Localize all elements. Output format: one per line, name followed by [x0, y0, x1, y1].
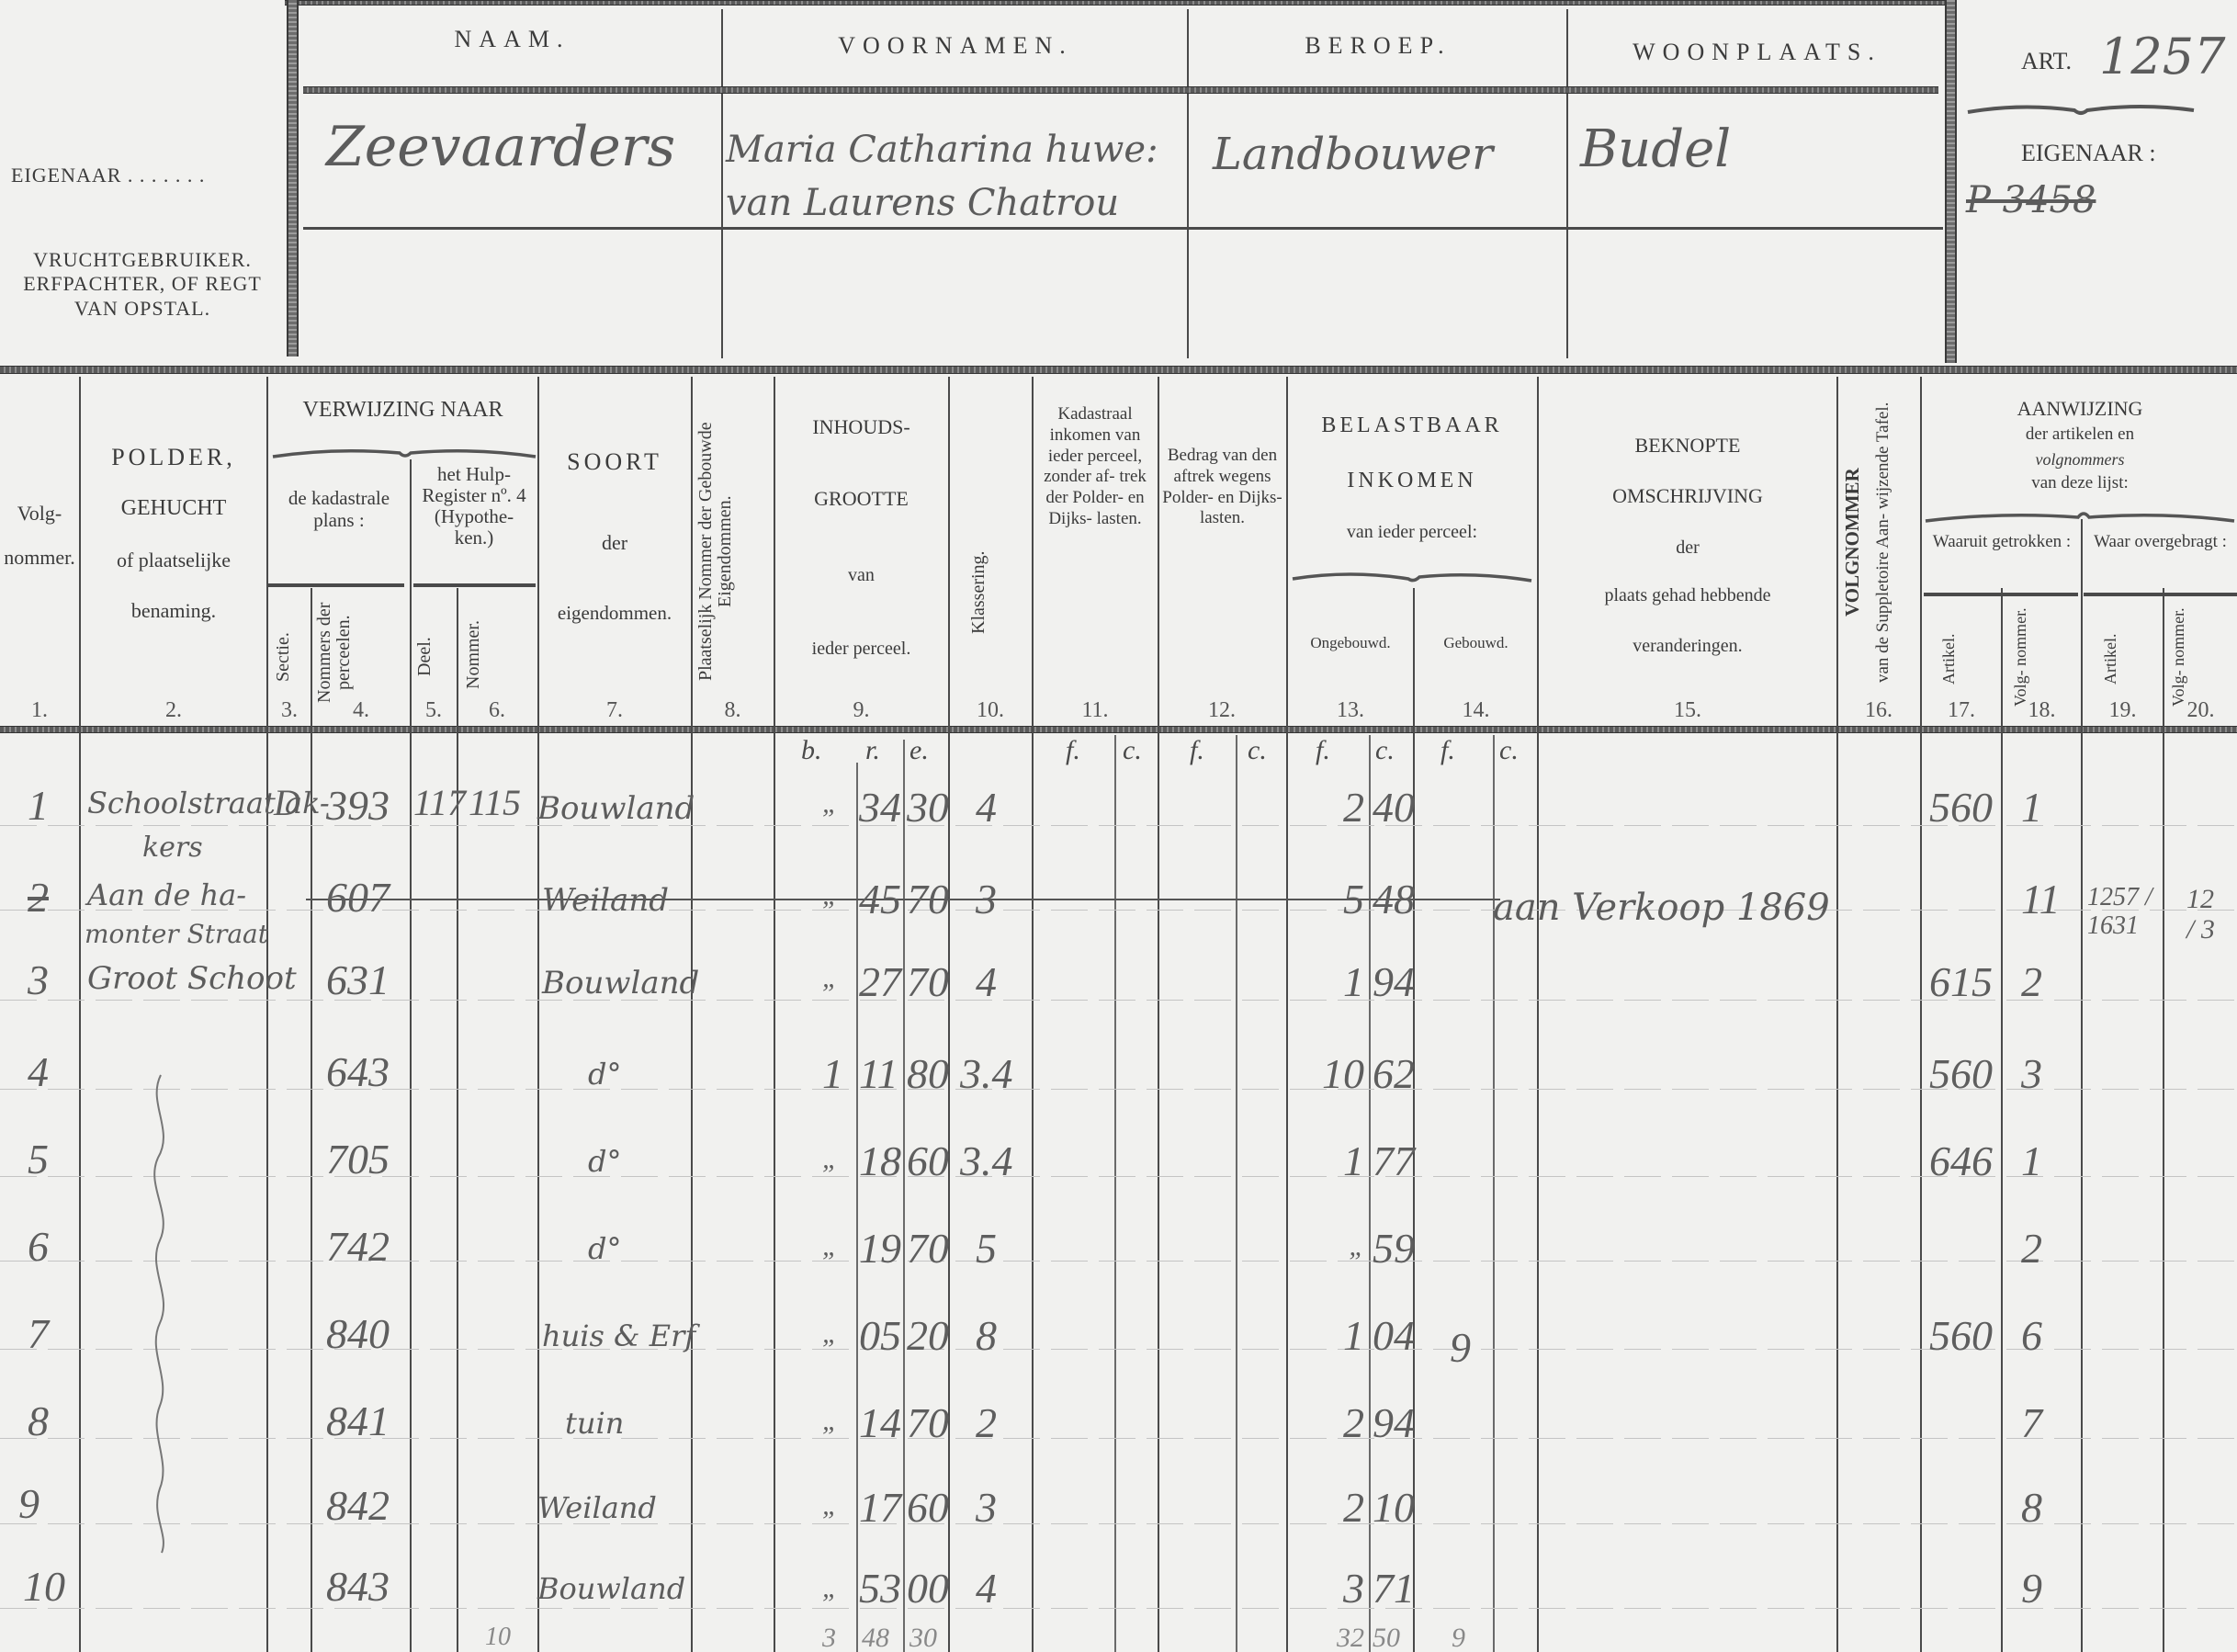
cell-deel: 117 [413, 781, 466, 824]
cell-r: 53 [859, 1564, 901, 1612]
cell-volg-from: 9 [2021, 1564, 2042, 1612]
art-number: 1257 [2099, 28, 2225, 85]
cell-e: 70 [907, 875, 949, 923]
owner-voornamen-1: Maria Catharina huwe: [726, 129, 1158, 171]
cell-b: „ [822, 1231, 838, 1262]
art-eigenaar-ref: P 3458 [1966, 179, 2096, 221]
col-line [2163, 588, 2164, 1652]
col-line [1114, 735, 1116, 1652]
header-bottom-border [0, 726, 2237, 733]
header-grootte: GROOTTE [776, 487, 946, 510]
cell-perceel: 607 [326, 873, 390, 922]
cell-r: 45 [859, 875, 901, 923]
cell-soort: Weiland [542, 882, 669, 919]
colnum-16: 16. [1838, 698, 1919, 723]
right-divider [1945, 0, 1957, 363]
cell-volg: 10 [23, 1562, 65, 1611]
cell-klasse: 5 [976, 1224, 997, 1273]
cell-b: „ [822, 1318, 838, 1350]
total-r: 48 [862, 1623, 889, 1652]
cell-ong-c: 59 [1373, 1224, 1415, 1273]
header-aanwijzing: AANWIJZING [1923, 397, 2237, 420]
header-deel: Deel. [415, 602, 452, 712]
colnum-2: 2. [83, 698, 265, 723]
cell-volg: 1 [28, 781, 49, 830]
header-gebouwd: Gebouwd. [1415, 634, 1537, 652]
header-eigendommen: eigendommen. [540, 602, 689, 624]
eigenaar-label: EIGENAAR . . . . . . . [0, 164, 287, 187]
unit-f: f. [1316, 735, 1330, 766]
header-waaruit: Waaruit getrokken : [1923, 531, 2081, 554]
header-volg-18: Volg- nommer. [2012, 602, 2076, 712]
cell-perceel: 742 [326, 1222, 390, 1271]
cell-ong-f: 1 [1323, 1311, 1364, 1360]
cell-ong-f: 3 [1323, 1564, 1364, 1612]
cell-soort: d° [588, 1144, 621, 1179]
cell-ong-f: 2 [1323, 1483, 1364, 1532]
ditto-wave [138, 1066, 184, 1562]
cell-klasse: 3 [976, 875, 997, 923]
cell-art-from: 615 [1929, 957, 1993, 1006]
header-der: der [540, 531, 689, 554]
cell-volg-from: 1 [2021, 783, 2042, 832]
cell-r: 19 [859, 1224, 901, 1273]
cell-klasse: 3.4 [960, 1049, 1013, 1098]
header-sectie: Sectie. [274, 602, 307, 712]
header-gehucht: GEHUCHT [83, 496, 265, 522]
cell-r: 34 [859, 783, 901, 832]
cell-ong-f: „ [1323, 1231, 1364, 1262]
brace-verwijzing [271, 446, 537, 462]
colnum-5: 5. [412, 698, 456, 723]
cell-klasse: 3 [976, 1483, 997, 1532]
header-volgnommers: volgnommers [1923, 450, 2237, 470]
cell-klasse: 4 [976, 957, 997, 1006]
col-line [1236, 735, 1237, 1652]
header-volgnommer: Volg- nommer. [0, 492, 79, 581]
header-voornamen: VOORNAMEN. [726, 32, 1185, 60]
col-line [1836, 377, 1838, 1652]
cell-e: 70 [907, 1398, 949, 1447]
cell-r: 11 [859, 1049, 898, 1098]
header-woonplaats: WOONPLAATS. [1571, 39, 1943, 66]
total-ong-c: 50 [1373, 1623, 1400, 1652]
header-van-ieder-perceel: van ieder perceel: [1289, 522, 1535, 543]
col-line [903, 740, 905, 1652]
colnum-7: 7. [540, 698, 689, 723]
cell-ong-c: 94 [1373, 957, 1415, 1006]
cell-r: 05 [859, 1311, 901, 1360]
header-hulp-register: het Hulp- Register nº. 4 (Hypothe- ken.) [413, 464, 535, 549]
unit-c: c. [1499, 735, 1519, 766]
colnum-9: 9. [776, 698, 946, 723]
cell-soort: huis & Erf [542, 1318, 695, 1353]
cell-b: „ [822, 880, 838, 911]
subheader-line [1924, 593, 2078, 596]
cell-ong-f: 10 [1305, 1049, 1364, 1098]
total-ong-f: 32 [1314, 1623, 1364, 1652]
brace-belastbaar [1291, 570, 1534, 586]
header-nommers-perceelen: Nommers der perceelen. [315, 593, 407, 712]
cell-e: 70 [907, 1224, 949, 1273]
owner-row-separator [303, 227, 1943, 230]
cell-b: „ [822, 1144, 838, 1175]
unit-f: f. [1440, 735, 1455, 766]
unit-b: b. [801, 735, 822, 766]
cell-e: 60 [907, 1483, 949, 1532]
cell-ong-c: 71 [1373, 1564, 1415, 1612]
cell-art-from: 560 [1929, 783, 1993, 832]
cell-volg: 7 [28, 1309, 49, 1358]
col-line [2001, 588, 2003, 1652]
cell-ong-f: 5 [1323, 875, 1364, 923]
cell-polder: Groot Schoot [87, 960, 297, 997]
header-der-2: der [1540, 537, 1836, 559]
col-line [1369, 735, 1371, 1652]
header-beroep: BEROEP. [1190, 32, 1566, 60]
cell-volg: 2 [28, 873, 49, 922]
cell-perceel: 841 [326, 1397, 390, 1445]
brace-ornament [1966, 101, 2196, 119]
cell-ong-c: 94 [1373, 1398, 1415, 1447]
header-suppletoire: van de Suppletoire Aan- wijzende Tafel. [1874, 390, 1918, 694]
header-ieder-perceel: ieder perceel. [776, 639, 946, 660]
cell-art-from: 560 [1929, 1049, 1993, 1098]
header-veranderingen: veranderingen. [1540, 636, 1836, 657]
colnum-20: 20. [2164, 698, 2237, 723]
cell-r: 14 [859, 1398, 901, 1447]
header-van: van [776, 565, 946, 586]
total-count: 10 [485, 1623, 511, 1652]
cell-geb-f: 9 [1450, 1323, 1471, 1372]
col-line [311, 588, 312, 1652]
header-inhouds: INHOUDS- [776, 415, 946, 438]
owner-woonplaats: Budel [1580, 119, 1731, 179]
cell-klasse: 8 [976, 1311, 997, 1360]
cell-e: 80 [907, 1049, 949, 1098]
cell-klasse: 4 [976, 783, 997, 832]
header-belastbaar: BELASTBAAR [1289, 413, 1535, 439]
cell-ong-c: 48 [1373, 875, 1415, 923]
cell-polder-2: kers [142, 832, 203, 864]
header-van-deze-lijst: van deze lijst: [1923, 473, 2237, 493]
col-line [948, 377, 950, 1652]
art-eigenaar-label: EIGENAAR : [2021, 140, 2156, 167]
cell-soort: tuin [565, 1406, 624, 1441]
left-divider [287, 0, 299, 356]
col-line [457, 588, 458, 1652]
table-top-border [0, 366, 2237, 374]
header-plaatselijk-nommer: Plaatselijk Nommer der Gebouwde Eigendom… [696, 386, 770, 717]
colnum-4: 4. [312, 698, 410, 723]
colnum-17: 17. [1922, 698, 2001, 723]
cell-ong-f: 2 [1323, 1398, 1364, 1447]
top-border [285, 0, 1957, 6]
header-kadastraal-inkomen: Kadastraal inkomen van ieder perceel, zo… [1034, 404, 1156, 530]
colnum-12: 12. [1159, 698, 1284, 723]
cell-volg-to: 12 / 3 [2186, 884, 2223, 945]
subheader-line [2084, 593, 2237, 596]
colnum-8: 8. [694, 698, 772, 723]
cell-r: 17 [859, 1483, 901, 1532]
col-line [774, 377, 775, 1652]
cell-volg: 9 [18, 1479, 40, 1528]
col-line [2081, 519, 2083, 1652]
cell-perceel: 643 [326, 1047, 390, 1096]
header-polder: POLDER, [83, 444, 265, 471]
colnum-11: 11. [1034, 698, 1157, 723]
col-line [537, 377, 539, 1652]
col-divider [721, 9, 723, 358]
cell-perceel: 631 [326, 956, 390, 1004]
owner-beroep: Landbouwer [1213, 129, 1493, 180]
col-line [410, 459, 412, 1652]
colnum-3: 3. [268, 698, 311, 723]
cell-ong-c: 77 [1373, 1137, 1415, 1185]
cell-e: 30 [907, 783, 949, 832]
cell-perceel: 842 [326, 1481, 390, 1530]
cell-klasse: 2 [976, 1398, 997, 1447]
header-volg-20: Volg- nommer. [2170, 602, 2234, 712]
col-line [1286, 377, 1288, 1652]
col-line [691, 377, 693, 1652]
cell-omschrijving: aan Verkoop 1869 [1493, 887, 1830, 929]
cell-e: 20 [907, 1311, 949, 1360]
owner-naam: Zeevaarders [326, 115, 675, 179]
vruchtgebruiker-label: VRUCHTGEBRUIKER. ERFPACHTER, OF REGT VAN… [9, 248, 276, 321]
col-line [1493, 735, 1495, 1652]
cell-volg: 5 [28, 1135, 49, 1183]
colnum-18: 18. [2003, 698, 2081, 723]
cell-polder-2: monter Straat [85, 919, 268, 949]
header-plaatselijke: of plaatselijke [83, 549, 265, 571]
cell-volg: 6 [28, 1222, 49, 1271]
cell-volg-from: 1 [2021, 1137, 2042, 1185]
cell-b: 1 [822, 1049, 843, 1098]
header-soort: SOORT [540, 448, 689, 476]
cell-ong-c: 62 [1373, 1049, 1415, 1098]
cell-perceel: 705 [326, 1135, 390, 1183]
cell-perceel: 840 [326, 1309, 390, 1358]
unit-c: c. [1375, 735, 1395, 766]
colnum-19: 19. [2083, 698, 2163, 723]
cell-e: 00 [907, 1564, 949, 1612]
row2-strikethrough [306, 899, 1500, 900]
header-benaming: benaming. [83, 599, 265, 622]
header-plaats-gehad: plaats gehad hebbende [1540, 585, 1836, 606]
brace-aanwijzing [1924, 510, 2236, 526]
unit-c: c. [1248, 735, 1267, 766]
cell-soort: Weiland [537, 1490, 657, 1525]
header-volgnommer-tafel: VOLGNOMMER [1842, 390, 1873, 694]
header-omschrijving: OMSCHRIJVING [1540, 484, 1836, 507]
cell-perceel: 843 [326, 1562, 390, 1611]
unit-f: f. [1066, 735, 1080, 766]
cell-klasse: 4 [976, 1564, 997, 1612]
cell-b: „ [822, 788, 838, 820]
col-divider [1566, 9, 1568, 358]
cell-soort: Bouwland [542, 965, 699, 1001]
cell-soort: d° [588, 1057, 621, 1092]
cell-ong-f: 2 [1323, 783, 1364, 832]
cell-sectie: D [274, 781, 300, 824]
cell-soort: Bouwland [537, 790, 695, 827]
header-waar-overgebragt: Waar overgebragt : [2084, 531, 2237, 554]
header-beknopte: BEKNOPTE [1540, 434, 1836, 457]
subheader-line [413, 583, 536, 587]
cell-r: 27 [859, 957, 901, 1006]
cell-volg: 4 [28, 1047, 49, 1096]
col-line [79, 377, 81, 1652]
header-artikel-17: Artikel. [1940, 606, 1981, 712]
cell-art-from: 646 [1929, 1137, 1993, 1185]
owner-voornamen-2: van Laurens Chatrou [726, 182, 1119, 224]
header-separator [303, 86, 1938, 94]
cell-volg-from: 2 [2021, 957, 2042, 1006]
unit-f: f. [1190, 735, 1204, 766]
col-line [1537, 377, 1539, 1652]
cell-ong-c: 10 [1373, 1483, 1415, 1532]
header-ongebouwd: Ongebouwd. [1286, 634, 1415, 652]
cell-art-to: 1257 / 1631 [2087, 884, 2161, 941]
unit-c: c. [1123, 735, 1142, 766]
header-nommer: Nommer. [464, 597, 534, 712]
colnum-1: 1. [0, 698, 79, 723]
total-b: 3 [822, 1623, 836, 1652]
header-bedrag-aftrek: Bedrag van den aftrek wegens Polder- en … [1160, 446, 1284, 529]
header-kadastrale-plans: de kadastrale plans : [272, 487, 406, 531]
header-der-artikelen: der artikelen en [1923, 424, 2237, 445]
col-line [1158, 377, 1159, 1652]
cell-klasse: 3.4 [960, 1137, 1013, 1185]
col-line [1920, 377, 1922, 1652]
cell-soort: d° [588, 1231, 621, 1266]
colnum-15: 15. [1540, 698, 1836, 723]
cell-ong-c: 04 [1373, 1311, 1415, 1360]
colnum-6: 6. [458, 698, 537, 723]
unit-e: e. [909, 735, 929, 766]
cell-volg: 8 [28, 1397, 49, 1445]
cell-nommer: 115 [469, 781, 521, 824]
cell-b: „ [822, 1490, 838, 1522]
cell-b: „ [822, 1573, 838, 1604]
header-klassering: Klassering. [969, 524, 1006, 662]
col-divider [1187, 9, 1189, 358]
cell-volg-from: 3 [2021, 1049, 2042, 1098]
cell-e: 70 [907, 957, 949, 1006]
cell-volg-from: 11 [2021, 875, 2061, 923]
header-verwijzing: VERWIJZING NAAR [268, 398, 537, 424]
total-e: 30 [909, 1623, 937, 1652]
cell-volg-from: 2 [2021, 1224, 2042, 1273]
cell-ong-c: 40 [1373, 783, 1415, 832]
cell-ong-f: 1 [1323, 957, 1364, 1006]
cell-volg-from: 7 [2021, 1398, 2042, 1447]
cell-b: „ [822, 963, 838, 994]
colnum-14: 14. [1415, 698, 1537, 723]
cell-art-from: 560 [1929, 1311, 1993, 1360]
cell-volg: 3 [28, 956, 49, 1004]
cell-e: 60 [907, 1137, 949, 1185]
cell-b: „ [822, 1406, 838, 1437]
art-label: ART. [2021, 48, 2072, 75]
cell-polder: Aan de ha- [87, 877, 246, 912]
header-inkomen: INKOMEN [1289, 469, 1535, 494]
cell-volg-from: 6 [2021, 1311, 2042, 1360]
cell-r: 18 [859, 1137, 901, 1185]
header-artikel-19: Artikel. [2102, 606, 2142, 712]
unit-r: r. [865, 735, 880, 766]
subheader-line [268, 583, 404, 587]
total-geb-f: 9 [1452, 1623, 1465, 1652]
colnum-13: 13. [1288, 698, 1413, 723]
cell-ong-f: 1 [1323, 1137, 1364, 1185]
col-line [266, 377, 268, 1652]
cell-soort: Bouwland [537, 1571, 685, 1606]
header-naam: NAAM. [303, 26, 721, 53]
col-line [856, 763, 858, 1652]
col-line [1032, 377, 1034, 1652]
cell-perceel: 393 [326, 781, 390, 830]
cell-volg-from: 8 [2021, 1483, 2042, 1532]
colnum-10: 10. [950, 698, 1031, 723]
